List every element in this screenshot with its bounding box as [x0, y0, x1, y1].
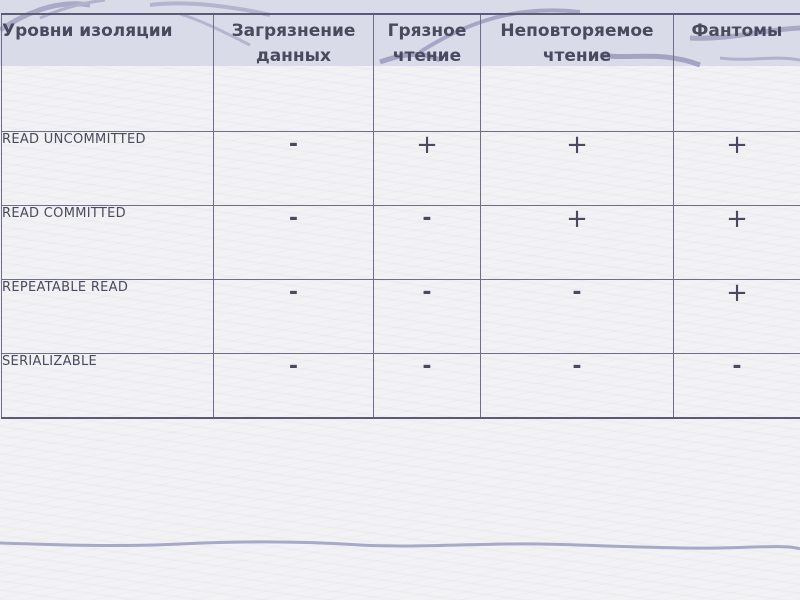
- cell-data-pollution: -: [214, 354, 374, 418]
- cell-non-repeatable-read: +: [481, 206, 674, 280]
- table-row: SERIALIZABLE - - - -: [2, 354, 800, 418]
- row-level-label: REPEATABLE READ: [2, 280, 214, 354]
- row-level-label: READ UNCOMMITTED: [2, 132, 214, 206]
- cell-non-repeatable-read: -: [481, 280, 674, 354]
- header-dirty-read: Грязное чтение: [374, 14, 481, 132]
- header-isolation-levels: Уровни изоляции: [2, 14, 214, 132]
- header-phantoms-text: Фантомы: [692, 21, 783, 41]
- header-phantoms: Фантомы: [674, 14, 800, 132]
- cell-data-pollution: -: [214, 132, 374, 206]
- cell-data-pollution: -: [214, 280, 374, 354]
- cell-phantoms: -: [674, 354, 800, 418]
- cell-non-repeatable-read: -: [481, 354, 674, 418]
- cell-dirty-read: +: [374, 132, 481, 206]
- header-dirty-read-text: Грязное чтение: [388, 21, 467, 66]
- header-non-repeatable-read: Неповторяемое чтение: [481, 14, 674, 132]
- cell-dirty-read: -: [374, 280, 481, 354]
- row-level-label: READ COMMITTED: [2, 206, 214, 280]
- cell-dirty-read: -: [374, 206, 481, 280]
- table-row: REPEATABLE READ - - - +: [2, 280, 800, 354]
- cell-phantoms: +: [674, 280, 800, 354]
- header-non-repeatable-read-text: Неповторяемое чтение: [500, 21, 653, 66]
- cell-phantoms: +: [674, 132, 800, 206]
- header-data-pollution: Загрязнение данных: [214, 14, 374, 132]
- table-row: READ COMMITTED - - + +: [2, 206, 800, 280]
- isolation-levels-table: Уровни изоляции Загрязнение данных Грязн…: [1, 13, 800, 419]
- cell-phantoms: +: [674, 206, 800, 280]
- table-header-row: Уровни изоляции Загрязнение данных Грязн…: [2, 14, 800, 132]
- cell-non-repeatable-read: +: [481, 132, 674, 206]
- row-level-label: SERIALIZABLE: [2, 354, 214, 418]
- cell-dirty-read: -: [374, 354, 481, 418]
- table-row: READ UNCOMMITTED - + + +: [2, 132, 800, 206]
- cell-data-pollution: -: [214, 206, 374, 280]
- header-isolation-levels-text: Уровни изоляции: [2, 21, 173, 41]
- header-data-pollution-text: Загрязнение данных: [232, 21, 356, 66]
- decorative-bottom-line: [0, 535, 800, 555]
